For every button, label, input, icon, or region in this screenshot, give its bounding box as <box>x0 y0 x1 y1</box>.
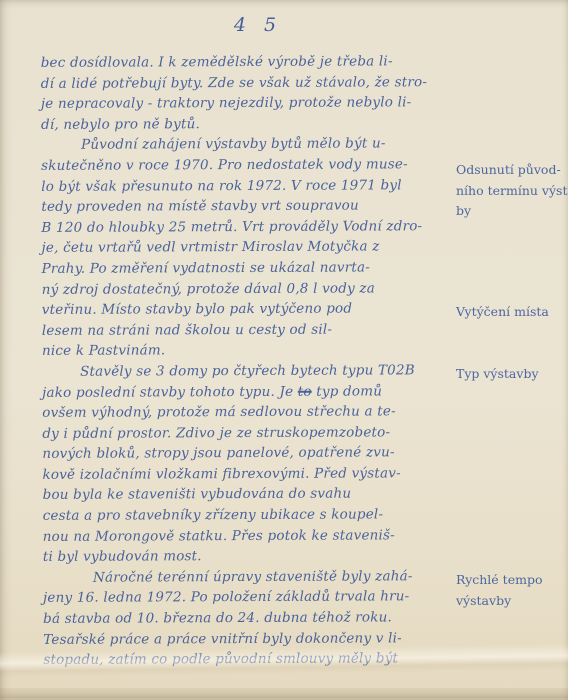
document-page: 4 5 bec dosídlovala. I k zemědělské výro… <box>0 0 568 700</box>
handwriting-line: tedy proveden na místě stavby vrt soupra… <box>41 195 459 217</box>
handwriting-line: bec dosídlovala. I k zemědělské výrobě j… <box>41 51 459 73</box>
handwriting-line: nice k Pastvinám. <box>42 339 460 361</box>
handwriting-line: ti byl vybudován most. <box>43 545 461 567</box>
handwriting-line: nou na Morongově statku. Přes potok ke s… <box>43 525 461 547</box>
handwriting-line: jeny 16. ledna 1972. Po položení základů… <box>43 587 461 609</box>
handwriting-line: bá stavba od 10. března do 24. dubna téh… <box>43 607 461 629</box>
handwriting-line: ný zdroj dostatečný, protože dával 0,8 l… <box>42 278 460 300</box>
handwriting-line: ovšem výhodný, protože má sedlovou střec… <box>42 401 460 423</box>
handwriting-line: lo být však přesunuto na rok 1972. V roc… <box>41 175 459 197</box>
handwriting-line: B 120 do hloubky 25 metrů. Vrt prováděly… <box>41 216 459 238</box>
margin-note-line: by <box>456 201 564 222</box>
handwriting-line: dy i půdní prostor. Zdivo je ze struskop… <box>42 422 460 444</box>
crossed-out-word: to <box>298 383 312 399</box>
handwriting-line: nových bloků, stropy jsou panelové, opat… <box>42 442 460 464</box>
handwriting-segment: jako poslední stavby tohoto typu. Je <box>42 383 298 400</box>
handwriting-line: Náročné terénní úpravy staveniště byly z… <box>43 566 461 588</box>
handwriting-line: kově izolačními vložkami fibrexovými. Př… <box>42 463 460 485</box>
margin-note-line: Vytýčení místa <box>456 302 564 323</box>
margin-note-line: Odsunutí původ- <box>456 160 564 181</box>
handwriting-line: Tesařské práce a práce vnitřní byly doko… <box>43 628 461 650</box>
handwriting-line: vteřinu. Místo stavby bylo pak vytýčeno … <box>42 298 460 320</box>
handwriting-line: dí, nebylo pro ně bytů. <box>41 113 459 135</box>
margin-note: Typ výstavby <box>456 364 564 385</box>
page-number: 4 5 <box>234 14 282 36</box>
handwriting-body: bec dosídlovala. I k zemědělské výrobě j… <box>41 51 462 671</box>
margin-note: Vytýčení místa <box>456 302 564 323</box>
handwriting-line: Původní zahájení výstavby bytů mělo být … <box>41 133 459 155</box>
handwriting-line: jako poslední stavby tohoto typu. Je to … <box>42 381 460 403</box>
margin-note-line: ního termínu výstav- <box>456 181 564 202</box>
margin-note: Rychlé tempo výstavby <box>456 570 564 611</box>
margin-note: Odsunutí původ- ního termínu výstav- by <box>456 160 564 222</box>
handwriting-line: skutečněno v roce 1970. Pro nedostatek v… <box>41 154 459 176</box>
paper-edge-shadow <box>0 688 568 698</box>
handwriting-line: Stavěly se 3 domy po čtyřech bytech typu… <box>42 360 460 382</box>
handwriting-line: lesem na stráni nad školou u cesty od si… <box>42 319 460 341</box>
handwriting-line: dí a lidé potřebují byty. Zde se však už… <box>41 72 459 94</box>
handwriting-line: bou byla ke staveništi vybudována do sva… <box>43 484 461 506</box>
margin-note-line: Rychlé tempo <box>456 570 564 591</box>
handwriting-line: stopadu, zatím co podle původní smlouvy … <box>43 648 461 670</box>
margin-note-line: Typ výstavby <box>456 364 564 385</box>
margin-note-line: výstavby <box>456 591 564 612</box>
handwriting-line: cesta a pro stavebníky zřízeny ubikace s… <box>43 504 461 526</box>
handwriting-line: je nepracovaly - traktory nejezdily, pro… <box>41 92 459 114</box>
handwriting-line: Prahy. Po změření vydatnosti se ukázal n… <box>42 257 460 279</box>
handwriting-segment: typ domů <box>312 383 382 399</box>
handwriting-line: je, četu vrtařů vedl vrtmistr Miroslav M… <box>41 236 459 258</box>
